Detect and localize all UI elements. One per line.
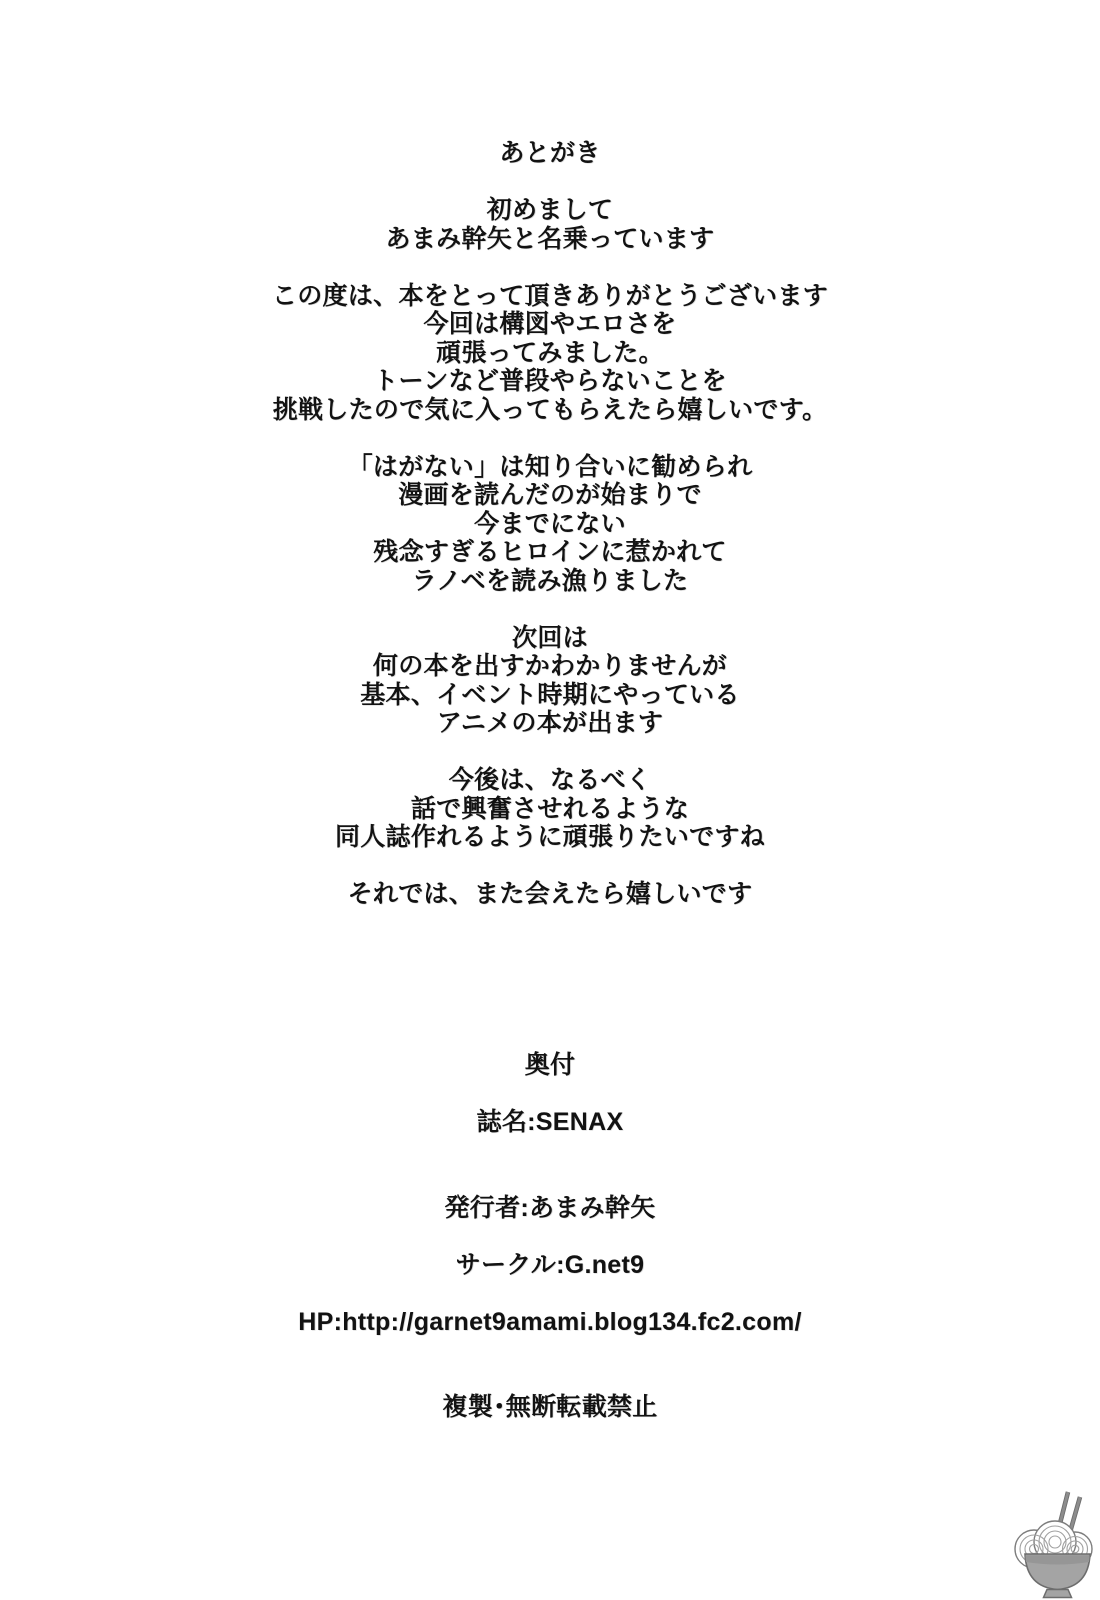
blank-line bbox=[0, 1365, 1100, 1394]
farewell-line: それでは、また会えたら嬉しいです bbox=[0, 880, 1100, 909]
afterword-page: あとがき初めましてあまみ幹矢と名乗っていますこの度は、本をとって頂きありがとうご… bbox=[0, 0, 1100, 1600]
thanks-line: 今回は構図やエロさを bbox=[0, 310, 1100, 339]
next-book-line: 次回は bbox=[0, 624, 1100, 653]
thanks-line: 挑戦したので気に入ってもらえたら嬉しいです。 bbox=[0, 396, 1100, 425]
blank-line bbox=[0, 168, 1100, 197]
blank-line bbox=[0, 1137, 1100, 1166]
blank-line bbox=[0, 253, 1100, 282]
next-book-line: 基本、イベント時期にやっている bbox=[0, 681, 1100, 710]
greeting-line: 初めまして bbox=[0, 196, 1100, 225]
haganai-story-line: 今までにない bbox=[0, 510, 1100, 539]
future-goal-line: 今後は、なるべく bbox=[0, 766, 1100, 795]
book-title-line: 誌名:SENAX bbox=[0, 1108, 1100, 1137]
homepage-line: HP:http://garnet9amami.blog134.fc2.com/ bbox=[0, 1308, 1100, 1337]
next-book-line: アニメの本が出ます bbox=[0, 709, 1100, 738]
noodle-bowl-icon bbox=[1005, 1487, 1095, 1599]
blank-line bbox=[0, 595, 1100, 624]
blank-line bbox=[0, 1279, 1100, 1308]
page-text: あとがき初めましてあまみ幹矢と名乗っていますこの度は、本をとって頂きありがとうご… bbox=[0, 139, 1100, 1422]
greeting-line: あまみ幹矢と名乗っています bbox=[0, 225, 1100, 254]
afterword-title-line: あとがき bbox=[0, 139, 1100, 168]
circle-line: サークル:G.net9 bbox=[0, 1251, 1100, 1280]
blank-line bbox=[0, 909, 1100, 938]
haganai-story-line: 「はがない」は知り合いに勧められ bbox=[0, 453, 1100, 482]
blank-line bbox=[0, 1222, 1100, 1251]
blank-line bbox=[0, 994, 1100, 1023]
copyright-notice-line: 複製･無断転載禁止 bbox=[0, 1393, 1100, 1422]
haganai-story-line: 残念すぎるヒロインに惹かれて bbox=[0, 538, 1100, 567]
colophon-title-line: 奥付 bbox=[0, 1051, 1100, 1080]
thanks-line: この度は、本をとって頂きありがとうございます bbox=[0, 282, 1100, 311]
next-book-line: 何の本を出すかわかりませんが bbox=[0, 652, 1100, 681]
future-goal-line: 話で興奮させれるような bbox=[0, 795, 1100, 824]
blank-line bbox=[0, 738, 1100, 767]
thanks-line: トーンなど普段やらないことを bbox=[0, 367, 1100, 396]
haganai-story-line: ラノベを読み漁りました bbox=[0, 567, 1100, 596]
blank-line bbox=[0, 1165, 1100, 1194]
blank-line bbox=[0, 1336, 1100, 1365]
publisher-line: 発行者:あまみ幹矢 bbox=[0, 1194, 1100, 1223]
blank-line bbox=[0, 1023, 1100, 1052]
blank-line bbox=[0, 1080, 1100, 1109]
blank-line bbox=[0, 424, 1100, 453]
thanks-line: 頑張ってみました。 bbox=[0, 339, 1100, 368]
blank-line bbox=[0, 966, 1100, 995]
haganai-story-line: 漫画を読んだのが始まりで bbox=[0, 481, 1100, 510]
future-goal-line: 同人誌作れるように頑張りたいですね bbox=[0, 823, 1100, 852]
blank-line bbox=[0, 852, 1100, 881]
blank-line bbox=[0, 937, 1100, 966]
